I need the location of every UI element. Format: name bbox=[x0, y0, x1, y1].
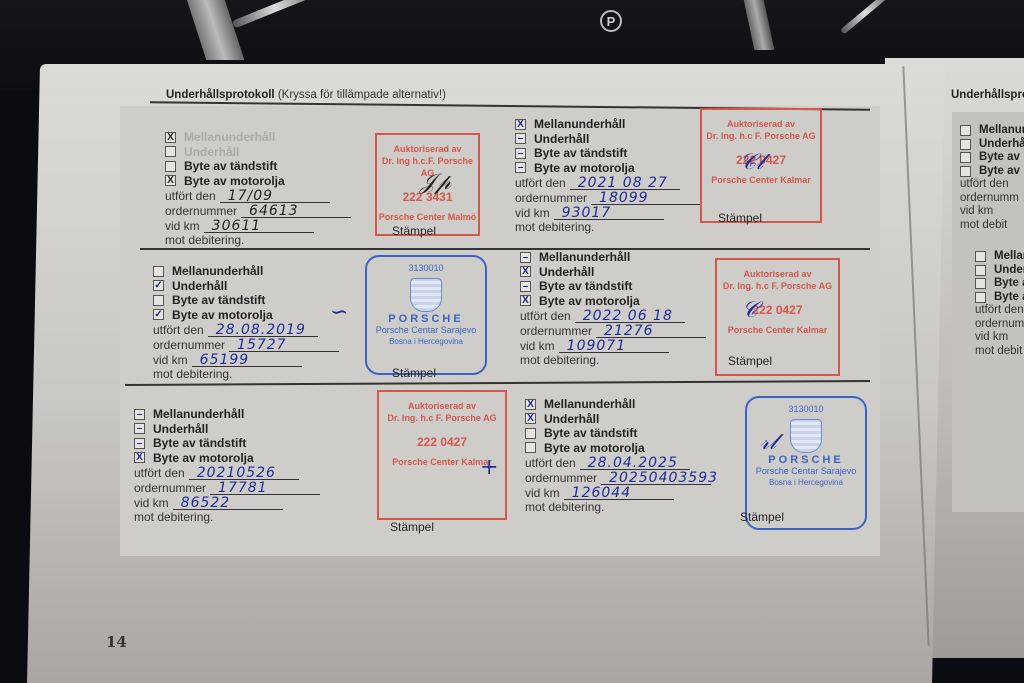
checkbox-row: XByte av motorolja bbox=[520, 294, 706, 309]
checkbox-label: Underhåll bbox=[539, 265, 594, 280]
checkbox-row: –Mellanunderhåll bbox=[520, 250, 706, 265]
checkbox-label: Mellanunderhåll bbox=[172, 264, 263, 279]
porsche-crest-icon bbox=[790, 419, 822, 453]
checkbox-label: Underhåll bbox=[534, 132, 589, 147]
field-row-km: vid km30611 bbox=[165, 218, 351, 233]
field-date[interactable]: 2022 06 18 bbox=[575, 308, 685, 323]
checkbox-row: ✓Underhåll bbox=[153, 279, 339, 294]
field-row-date: utfört den28.04.2025 bbox=[525, 455, 711, 470]
checkbox-row: XMellanunderhåll bbox=[165, 130, 351, 145]
porsche-crest-icon bbox=[410, 278, 442, 312]
field-label: vid km bbox=[520, 339, 555, 354]
checkbox[interactable] bbox=[525, 442, 536, 453]
field-label: ordernummer bbox=[153, 338, 225, 353]
field-order[interactable]: 17781 bbox=[210, 480, 320, 495]
field-row-km: vid km126044 bbox=[525, 485, 711, 500]
field-row-date: utfört den2021 08 27 bbox=[515, 175, 701, 190]
checkbox[interactable] bbox=[165, 146, 176, 157]
stamp-brand: PORSCHE bbox=[367, 314, 485, 325]
field-row-date: utfört den17/09 bbox=[165, 188, 351, 203]
stamp-dealer: Porsche Center Kalmar bbox=[702, 174, 820, 186]
billing-label: mot debitering. bbox=[515, 220, 701, 235]
service-entry: XMellanunderhåll–Underhåll–Byte av tänds… bbox=[515, 117, 701, 235]
field-row-order: ordernummer21276 bbox=[520, 323, 706, 338]
stamp-line2: Dr. Ing. h.c F. Porsche AG bbox=[717, 280, 838, 292]
stamp-line1: Auktoriserad av bbox=[702, 118, 820, 130]
checkbox[interactable]: – bbox=[515, 162, 526, 173]
checkbox-label: Mellanunderhåll bbox=[534, 117, 625, 132]
checkbox[interactable]: X bbox=[520, 295, 531, 306]
checkbox[interactable]: X bbox=[520, 266, 531, 277]
right-page-label: utfört den bbox=[960, 178, 1009, 192]
field-label: utfört den bbox=[525, 456, 576, 471]
field-label: ordernummer bbox=[515, 191, 587, 206]
field-km[interactable]: 86522 bbox=[173, 495, 283, 510]
right-page-label: ordernumm bbox=[975, 318, 1024, 332]
field-label: utfört den bbox=[153, 323, 204, 338]
page-header: Underhållsprotokoll (Kryssa för tillämpa… bbox=[166, 89, 446, 101]
field-order[interactable]: 20250403593 bbox=[601, 470, 711, 485]
checkbox-row: –Underhåll bbox=[515, 132, 701, 147]
checkbox-row: XByte av motorolja bbox=[134, 451, 320, 466]
handwritten-date: 2021 08 27 bbox=[578, 176, 668, 191]
field-row-order: ordernummer15727 bbox=[153, 337, 339, 352]
handwritten-km: 30611 bbox=[212, 219, 262, 234]
right-page-label: mot debit bbox=[975, 345, 1022, 359]
checkbox[interactable]: ✓ bbox=[153, 309, 164, 320]
stamp-label: Stämpel bbox=[392, 366, 436, 380]
checkbox-row: –Byte av tändstift bbox=[520, 279, 706, 294]
stamp-dealer: Porsche Center Malmö bbox=[377, 211, 478, 223]
checkbox-row: Underhåll bbox=[165, 145, 351, 160]
checkbox[interactable]: – bbox=[520, 281, 531, 292]
handwritten-order: 64613 bbox=[249, 204, 299, 219]
checkbox-row: XUnderhåll bbox=[520, 265, 706, 280]
service-entry: –Mellanunderhåll–Underhåll–Byte av tänds… bbox=[134, 407, 320, 525]
checkbox-label: Byte av motorolja bbox=[544, 441, 645, 456]
field-order[interactable]: 21276 bbox=[596, 323, 706, 338]
checkbox-label: Byte av tändstift bbox=[172, 293, 265, 308]
right-page-entry: MellanunUnderhåByte avByte avutfört deno… bbox=[960, 124, 1024, 232]
stamp-number: 222 0427 bbox=[379, 436, 505, 448]
checkbox-label: Underhåll bbox=[184, 145, 239, 160]
checkbox[interactable] bbox=[960, 139, 971, 150]
handwritten-date: 20210526 bbox=[197, 466, 276, 481]
checkbox-row: ✓Byte av motorolja bbox=[153, 308, 339, 323]
billing-label: mot debitering. bbox=[525, 500, 711, 515]
field-row-km: vid km65199 bbox=[153, 352, 339, 367]
field-label: ordernummer bbox=[165, 204, 237, 219]
divider bbox=[140, 248, 870, 250]
handwritten-km: 93017 bbox=[562, 206, 612, 221]
field-label: utfört den bbox=[134, 466, 185, 481]
field-label: utfört den bbox=[515, 176, 566, 191]
field-label: ordernummer bbox=[520, 324, 592, 339]
checkbox[interactable]: X bbox=[525, 413, 536, 424]
field-order[interactable]: 64613 bbox=[241, 203, 351, 218]
field-order[interactable]: 15727 bbox=[229, 337, 339, 352]
checkbox-label: Mellanunderhåll bbox=[544, 397, 635, 412]
checkbox[interactable] bbox=[960, 152, 971, 163]
checkbox-label: Mellanunderhåll bbox=[153, 407, 244, 422]
checkbox[interactable]: X bbox=[134, 452, 145, 463]
checkbox-row: –Byte av tändstift bbox=[515, 146, 701, 161]
checkbox-label: Byte av motorolja bbox=[184, 174, 285, 189]
checkbox[interactable]: – bbox=[515, 148, 526, 159]
field-row-order: ordernummer17781 bbox=[134, 480, 320, 495]
checkbox-row: Byte av tändstift bbox=[525, 426, 711, 441]
checkbox[interactable] bbox=[960, 125, 971, 136]
handwritten-km: 126044 bbox=[572, 486, 631, 501]
checkbox-label: Byte av tändstift bbox=[539, 279, 632, 294]
checkbox[interactable]: – bbox=[134, 409, 145, 420]
checkbox[interactable]: X bbox=[525, 399, 536, 410]
checkbox[interactable]: X bbox=[515, 119, 526, 130]
stamp-label: Stämpel bbox=[740, 510, 784, 524]
field-row-order: ordernummer20250403593 bbox=[525, 470, 711, 485]
checkbox-label: Byte av tändstift bbox=[534, 146, 627, 161]
checkbox[interactable] bbox=[153, 266, 164, 277]
stamp-line1: Auktoriserad av bbox=[377, 143, 478, 155]
checkbox[interactable] bbox=[153, 295, 164, 306]
right-page-label: Byte av bbox=[994, 277, 1024, 291]
checkbox-label: Byte av motorolja bbox=[534, 161, 635, 176]
stamp-dealer: Porsche Center Kalmar bbox=[717, 324, 838, 336]
checkbox-label: Byte av tändstift bbox=[184, 159, 277, 174]
checkbox-label: Mellanunderhåll bbox=[539, 250, 630, 265]
field-label: vid km bbox=[153, 353, 188, 368]
stamp-label: Stämpel bbox=[728, 354, 772, 368]
field-date[interactable]: 28.08.2019 bbox=[208, 322, 318, 337]
handwritten-order: 17781 bbox=[218, 481, 268, 496]
right-page-entry: MellanunUnderhåByte avByte avutfört deno… bbox=[975, 250, 1024, 358]
checkbox-label: Byte av motorolja bbox=[539, 294, 640, 309]
right-page-label: Mellanun bbox=[979, 124, 1024, 138]
checkbox-row: Byte av motorolja bbox=[525, 441, 711, 456]
signature-icon: 𝓇𝓁 bbox=[760, 430, 776, 455]
billing-label: mot debitering. bbox=[134, 510, 320, 525]
field-date[interactable]: 20210526 bbox=[189, 465, 299, 480]
billing-label: mot debitering. bbox=[165, 233, 351, 248]
checkbox-row: XByte av motorolja bbox=[165, 174, 351, 189]
field-row-date: utfört den28.08.2019 bbox=[153, 322, 339, 337]
field-date[interactable]: 17/09 bbox=[220, 188, 330, 203]
checkbox[interactable] bbox=[975, 278, 986, 289]
field-label: vid km bbox=[134, 496, 169, 511]
right-page-label: utfört den bbox=[975, 304, 1024, 318]
checkbox[interactable] bbox=[165, 161, 176, 172]
checkbox[interactable]: X bbox=[165, 175, 176, 186]
checkbox[interactable]: – bbox=[520, 252, 531, 263]
handwritten-km: 65199 bbox=[200, 353, 250, 368]
field-date[interactable]: 2021 08 27 bbox=[570, 175, 680, 190]
checkbox-label: Underhåll bbox=[172, 279, 227, 294]
field-label: utfört den bbox=[165, 189, 216, 204]
right-page-label: ordernumm bbox=[960, 192, 1019, 206]
field-row-km: vid km109071 bbox=[520, 338, 706, 353]
checkbox[interactable]: ✓ bbox=[153, 280, 164, 291]
stamp-code: 3130010 bbox=[747, 404, 865, 415]
handwritten-date: 2022 06 18 bbox=[583, 309, 673, 324]
checkbox[interactable] bbox=[975, 251, 986, 262]
checkbox-label: Underhåll bbox=[544, 412, 599, 427]
checkbox[interactable] bbox=[975, 292, 986, 303]
right-page-label: vid km bbox=[975, 331, 1008, 345]
checkbox[interactable]: – bbox=[515, 133, 526, 144]
checkbox[interactable] bbox=[975, 265, 986, 276]
stamp-region: Bosna i Hercegovina bbox=[747, 477, 865, 488]
service-entry: Mellanunderhåll✓UnderhållByte av tändsti… bbox=[153, 264, 339, 382]
handwritten-km: 109071 bbox=[567, 339, 626, 354]
checkbox-row: Mellanunderhåll bbox=[153, 264, 339, 279]
field-row-order: ordernummer64613 bbox=[165, 203, 351, 218]
handwritten-order: 15727 bbox=[237, 338, 287, 353]
handwritten-order: 18099 bbox=[599, 191, 649, 206]
right-page-label: mot debit bbox=[960, 219, 1007, 233]
service-entry: –MellanunderhållXUnderhåll–Byte av tänds… bbox=[520, 250, 706, 368]
checkbox-label: Byte av motorolja bbox=[172, 308, 273, 323]
service-entry: XMellanunderhållXUnderhållByte av tändst… bbox=[525, 397, 711, 515]
field-date[interactable]: 28.04.2025 bbox=[580, 455, 690, 470]
checkbox-label: Byte av tändstift bbox=[544, 426, 637, 441]
field-km[interactable]: 93017 bbox=[554, 205, 664, 220]
stamp-region: Bosna i Hercegovina bbox=[367, 336, 485, 347]
field-row-km: vid km86522 bbox=[134, 495, 320, 510]
checkbox-label: Byte av tändstift bbox=[153, 436, 246, 451]
handwritten-date: 28.08.2019 bbox=[216, 323, 306, 338]
stamp-number: 222 0427 bbox=[717, 304, 838, 316]
right-page-label: Underhå bbox=[994, 264, 1024, 278]
stamp-line1: Auktoriserad av bbox=[379, 400, 505, 412]
signature-icon: 𝒥𝓅 bbox=[420, 170, 451, 195]
checkbox-row: –Underhåll bbox=[134, 422, 320, 437]
header-note: (Kryssa för tillämpade alternativ!) bbox=[278, 89, 446, 101]
field-km[interactable]: 30611 bbox=[204, 218, 314, 233]
field-row-date: utfört den2022 06 18 bbox=[520, 308, 706, 323]
handwritten-order: 21276 bbox=[604, 324, 654, 339]
parking-brake-icon: P bbox=[600, 10, 622, 32]
right-page-label: Byte av bbox=[979, 165, 1020, 179]
handwritten-date: 17/09 bbox=[228, 189, 273, 204]
page-number: 14 bbox=[106, 633, 127, 651]
field-row-order: ordernummer18099 bbox=[515, 190, 701, 205]
field-km[interactable]: 65199 bbox=[192, 352, 302, 367]
handwritten-order: 20250403593 bbox=[609, 471, 718, 486]
billing-label: mot debitering. bbox=[520, 353, 706, 368]
service-entry: XMellanunderhållUnderhållByte av tändsti… bbox=[165, 130, 351, 248]
right-page-label: Underhå bbox=[979, 138, 1024, 152]
header-title: Underhållsprotokoll bbox=[166, 89, 275, 101]
checkbox[interactable] bbox=[960, 166, 971, 177]
right-page-label: Byte av bbox=[979, 151, 1020, 165]
field-order[interactable]: 18099 bbox=[591, 190, 701, 205]
checkbox-row: –Byte av tändstift bbox=[134, 436, 320, 451]
checkbox-label: Byte av motorolja bbox=[153, 451, 254, 466]
checkbox[interactable]: X bbox=[165, 132, 176, 143]
field-row-km: vid km93017 bbox=[515, 205, 701, 220]
stamp-line2: Dr. Ing. h.c F. Porsche AG bbox=[379, 412, 505, 424]
stamp-brand: PORSCHE bbox=[747, 455, 865, 466]
checkbox-label: Mellanunderhåll bbox=[184, 130, 275, 145]
dealer-stamp-blue: 3130010PORSCHEPorsche Centar SarajevoBos… bbox=[365, 255, 487, 375]
checkbox-row: Byte av tändstift bbox=[165, 159, 351, 174]
field-km[interactable]: 126044 bbox=[564, 485, 674, 500]
right-page-label: Byte av bbox=[994, 291, 1024, 305]
billing-label: mot debitering. bbox=[153, 367, 339, 382]
stamp-line2: Dr. Ing. h.c F. Porsche AG bbox=[702, 130, 820, 142]
checkbox-row: –Mellanunderhåll bbox=[134, 407, 320, 422]
right-page-header: Underhållspro bbox=[951, 89, 1024, 101]
signature-icon: + bbox=[480, 455, 498, 480]
signature-icon: 𝒞𝓁 bbox=[740, 150, 763, 175]
stamp-dealer: Porsche Centar Sarajevo bbox=[747, 466, 865, 477]
handwritten-km: 86522 bbox=[181, 496, 231, 511]
checkbox-row: XUnderhåll bbox=[525, 412, 711, 427]
stamp-label: Stämpel bbox=[392, 224, 436, 238]
field-label: vid km bbox=[165, 219, 200, 234]
field-label: ordernummer bbox=[525, 471, 597, 486]
checkbox-row: XMellanunderhåll bbox=[515, 117, 701, 132]
checkbox-row: –Byte av motorolja bbox=[515, 161, 701, 176]
signature-icon: 𝒞 bbox=[742, 298, 758, 323]
field-label: ordernummer bbox=[134, 481, 206, 496]
checkbox-row: XMellanunderhåll bbox=[525, 397, 711, 412]
right-page-label: Mellanun bbox=[994, 250, 1024, 264]
stamp-dealer: Porsche Centar Sarajevo bbox=[367, 325, 485, 336]
stamp-label: Stämpel bbox=[718, 211, 762, 225]
field-km[interactable]: 109071 bbox=[559, 338, 669, 353]
checkbox-label: Underhåll bbox=[153, 422, 208, 437]
handwritten-date: 28.04.2025 bbox=[588, 456, 678, 471]
checkbox[interactable]: – bbox=[134, 423, 145, 434]
field-label: vid km bbox=[515, 206, 550, 221]
field-row-date: utfört den20210526 bbox=[134, 465, 320, 480]
field-label: utfört den bbox=[520, 309, 571, 324]
checkbox-row: Byte av tändstift bbox=[153, 293, 339, 308]
right-page-label: vid km bbox=[960, 205, 993, 219]
stamp-code: 3130010 bbox=[367, 263, 485, 274]
signature-icon: ∽ bbox=[330, 300, 348, 325]
stamp-line1: Auktoriserad av bbox=[717, 268, 838, 280]
checkbox[interactable]: – bbox=[134, 438, 145, 449]
checkbox[interactable] bbox=[525, 428, 536, 439]
stamp-label: Stämpel bbox=[390, 520, 434, 534]
field-label: vid km bbox=[525, 486, 560, 501]
